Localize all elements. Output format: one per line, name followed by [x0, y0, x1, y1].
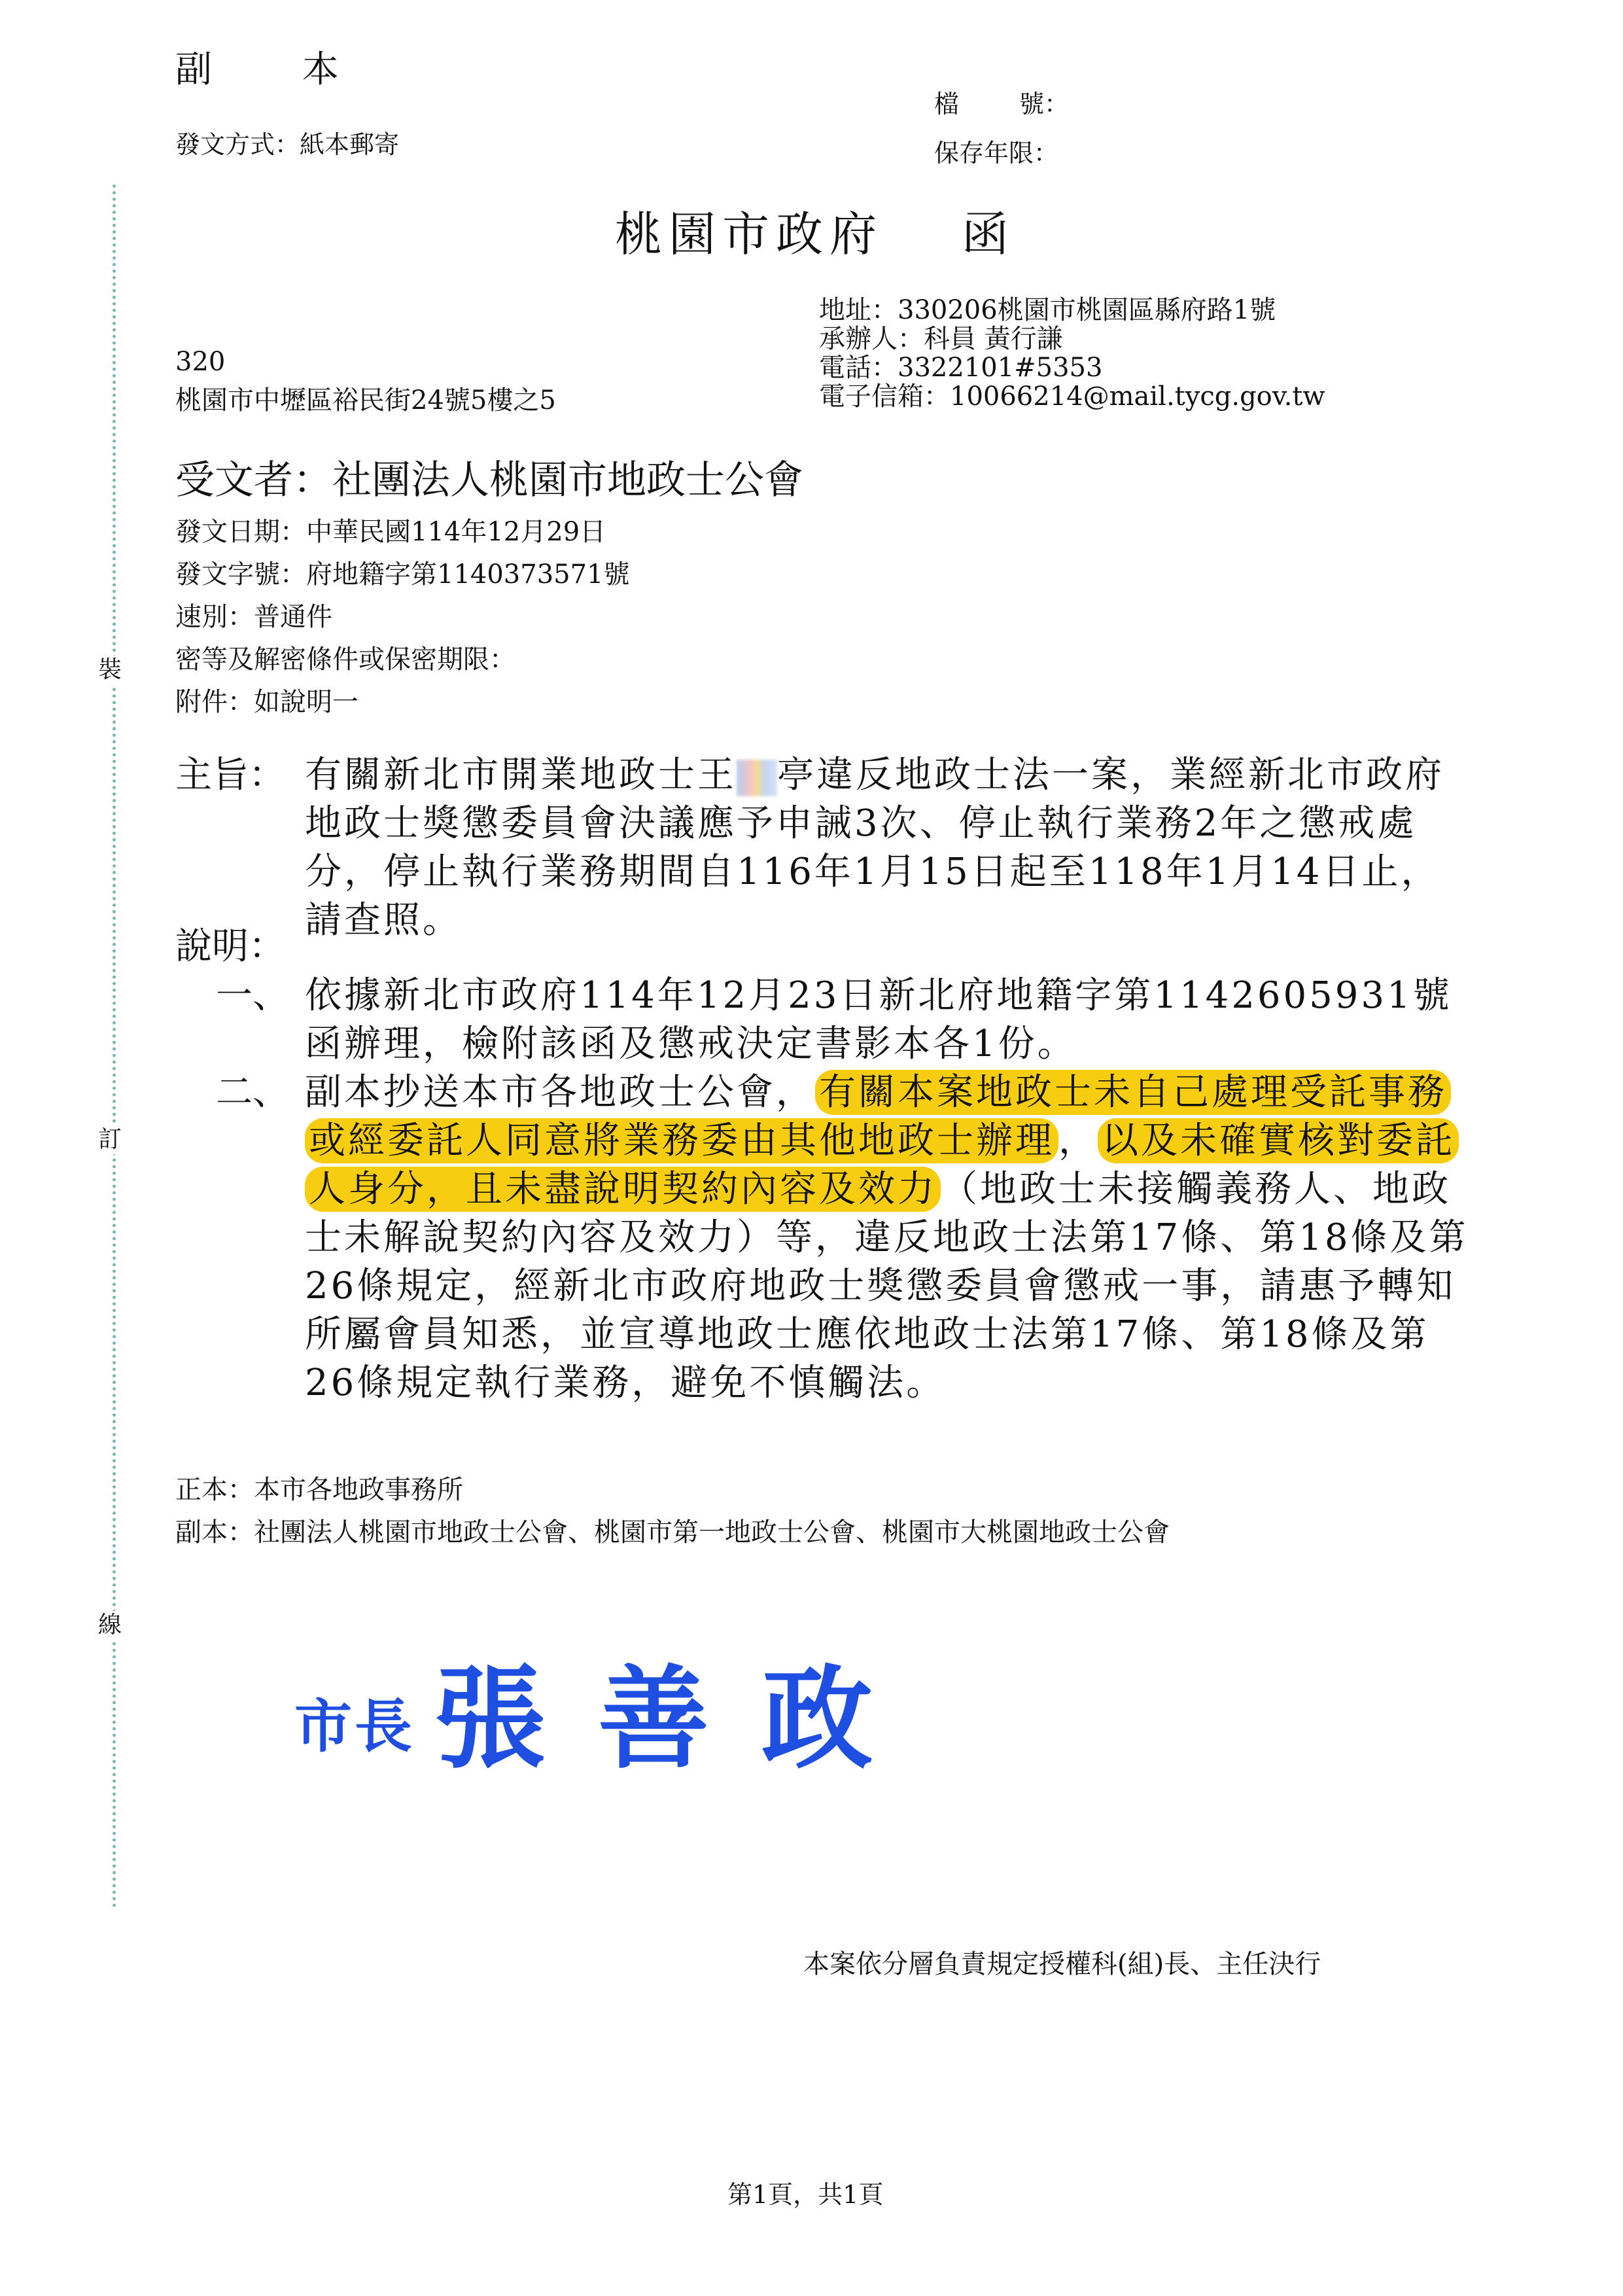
- explanation-label: 說明：: [175, 923, 285, 971]
- doc-number: 發文字號：府地籍字第1140373571號: [175, 559, 630, 590]
- receiver: 受文者：社團法人桃園市地政士公會: [175, 449, 803, 505]
- email: 電子信箱：10066214@mail.tycg.gov.tw: [819, 382, 1325, 411]
- issuing-org: 桃園市政府: [615, 207, 883, 262]
- item-text: 依據新北市政府114年12月23日新北府地籍字第1142605931號函辦理，檢…: [305, 972, 1469, 1069]
- retention-period-field: 保存年限：: [934, 133, 1058, 169]
- issue-date: 發文日期：中華民國114年12月29日: [175, 517, 606, 547]
- document-title: 桃園市政府函: [615, 196, 1015, 264]
- copy-mark: 副 本: [175, 41, 378, 93]
- secrecy-level: 密等及解密條件或保密期限：: [175, 645, 515, 675]
- sender-address: 地址：330206桃園市桃園區縣府路1號: [819, 296, 1325, 325]
- subject-section: 主旨：有關新北市開業地政士王亭違反地政士法一案，業經新北市政府地政士獎懲委員會決…: [175, 751, 1469, 945]
- phone: 電話：3322101#5353: [819, 353, 1325, 382]
- sender-contact-block: 地址：330206桃園市桃園區縣府路1號 承辦人：科員 黃行謙 電話：33221…: [819, 296, 1325, 411]
- copy-recipients: 副本：社團法人桃園市地政士公會、桃園市第一地政士公會、桃園市大桃園地政士公會: [175, 1511, 1170, 1549]
- binding-char-zhuang: 裝: [98, 656, 122, 684]
- mayor-signature-stamp: 市長張善政: [294, 1629, 925, 1790]
- item-number: 二、: [216, 1069, 305, 1117]
- speed-class: 速別：普通件: [175, 602, 332, 632]
- attachment: 附件：如說明一: [175, 687, 358, 717]
- signature-role: 市長: [294, 1681, 415, 1763]
- delegation-note: 本案依分層負責規定授權科(組)長、主任決行: [803, 1943, 1321, 1981]
- explanation-item-1: 一、依據新北市政府114年12月23日新北府地籍字第1142605931號函辦理…: [216, 972, 1469, 1069]
- binding-char-xian: 線: [98, 1611, 122, 1640]
- file-number-field: 檔號：: [934, 84, 1069, 120]
- file-number-label-1: 檔: [934, 84, 1019, 120]
- redacted-name-block: [737, 760, 777, 796]
- subject-label: 主旨：: [175, 751, 305, 800]
- recipient-zip: 320: [175, 347, 225, 377]
- item-text: 副本抄送本市各地政士公會，有關本案地政士未自己處理受託事務或經委託人同意將業務委…: [305, 1069, 1469, 1407]
- page-info: 第1頁，共1頁: [727, 2174, 883, 2210]
- item-text-plain: ，: [1058, 1120, 1098, 1162]
- recipient-address: 桃園市中壢區裕民街24號5樓之5: [175, 380, 556, 417]
- binding-dotted-line: [113, 185, 116, 1909]
- explanation-item-2: 二、副本抄送本市各地政士公會，有關本案地政士未自己處理受託事務或經委託人同意將業…: [216, 1069, 1469, 1407]
- send-method: 發文方式：紙本郵寄: [175, 124, 399, 160]
- document-type: 函: [962, 207, 1015, 262]
- signature-name: 張善政: [434, 1629, 925, 1790]
- file-number-label-2: 號：: [1019, 90, 1069, 118]
- item-text-plain: 副本抄送本市各地政士公會，: [305, 1071, 815, 1114]
- handler: 承辦人：科員 黃行謙: [819, 325, 1325, 353]
- original-recipients: 正本：本市各地政事務所: [175, 1469, 463, 1506]
- item-number: 一、: [216, 972, 305, 1020]
- subject-text: 有關新北市開業地政士王亭違反地政士法一案，業經新北市政府地政士獎懲委員會決議應予…: [305, 751, 1469, 945]
- subject-text-part1: 有關新北市開業地政士王: [305, 754, 737, 796]
- binding-char-ding: 訂: [98, 1125, 122, 1154]
